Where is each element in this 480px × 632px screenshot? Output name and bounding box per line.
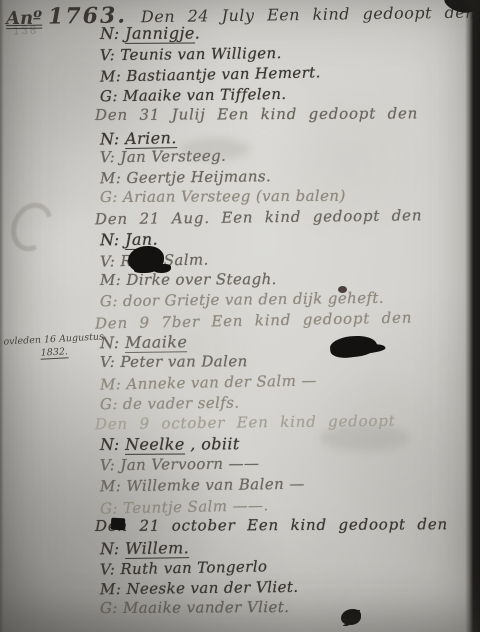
ink-splat-bottom (341, 609, 361, 625)
anno-label: Anº (6, 8, 42, 30)
manuscript-page-photo: 138 Anº 1763. Den 24 July Een kind gedoo… (0, 0, 480, 632)
ink-blot-square (111, 518, 126, 531)
margin-death-note: ovleden 16 Augustus 1832. (2, 330, 105, 361)
bleedthrough-mark (4, 196, 61, 258)
manuscript-line-witness: G: Maaike vander Vliet. (100, 597, 472, 619)
manuscript-line-date: Den 21 october Een kind gedoopt den (95, 515, 472, 538)
ink-blot-large (128, 246, 164, 273)
ink-dot-small (338, 286, 347, 293)
photo-edge-left (0, 0, 4, 632)
page-edge-right (465, 0, 480, 632)
manuscript-line-name: N: Maaike (100, 329, 472, 354)
manuscript-lines: N: Jannigje.V: Teunis van Willigen.M: Ba… (100, 23, 472, 619)
manuscript-line-name: N: Jannigje. (100, 22, 472, 44)
